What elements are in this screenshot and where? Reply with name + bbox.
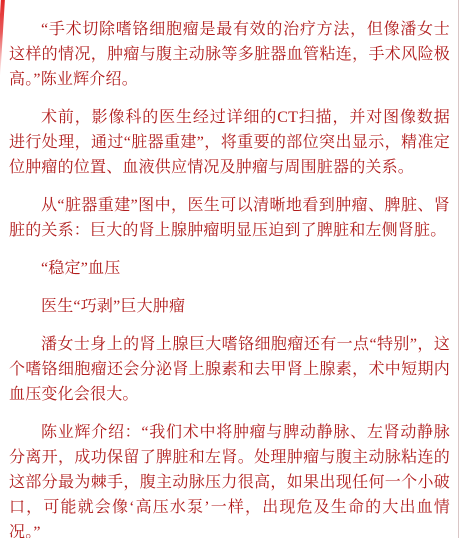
- subheading: 医生“巧剥”巨大肿瘤: [9, 294, 450, 319]
- paragraph: 潘女士身上的肾上腺巨大嗜铬细胞瘤还有一点“特别”，这个嗜铬细胞瘤还会分泌肾上腺素…: [9, 332, 450, 407]
- paragraph: 术前，影像科的医生经过详细的CT扫描，并对图像数据进行处理，通过“脏器重建”，将…: [9, 105, 450, 180]
- article-text: “手术切除嗜铬细胞瘤是最有效的治疗方法，但像潘女士这样的情况，肿瘤与腹主动脉等多…: [9, 17, 450, 538]
- right-border-line: [458, 0, 459, 538]
- paragraph: “手术切除嗜铬细胞瘤是最有效的治疗方法，但像潘女士这样的情况，肿瘤与腹主动脉等多…: [9, 17, 450, 92]
- subheading: “稳定”血压: [9, 256, 450, 281]
- paragraph: 从“脏器重建”图中，医生可以清晰地看到肿瘤、脾脏、肾脏的关系：巨大的肾上腺肿瘤明…: [9, 193, 450, 243]
- article-page: “手术切除嗜铬细胞瘤是最有效的治疗方法，但像潘女士这样的情况，肿瘤与腹主动脉等多…: [0, 0, 466, 538]
- red-slash-decoration: [0, 0, 5, 76]
- paragraph: 陈业辉介绍：“我们术中将肿瘤与脾动静脉、左肾动静脉分离开，成功保留了脾脏和左肾。…: [9, 420, 450, 538]
